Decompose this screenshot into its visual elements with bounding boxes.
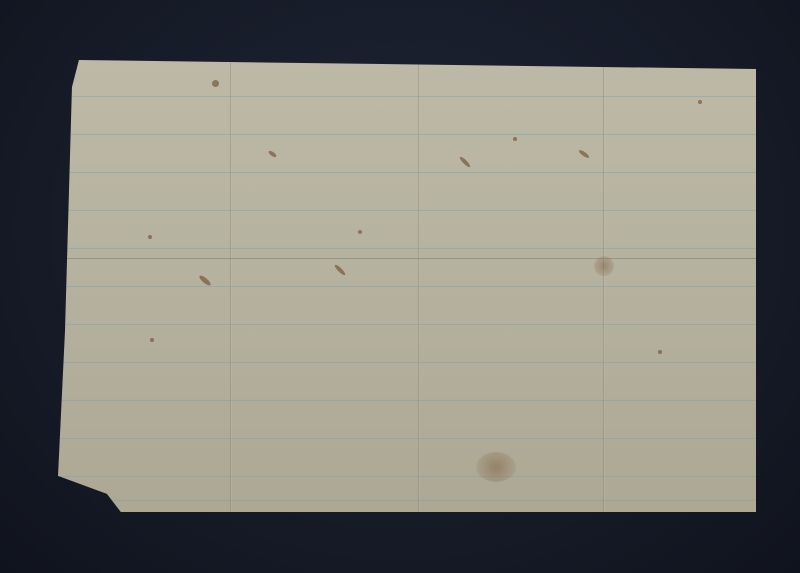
ruled-line	[58, 172, 756, 173]
foxing-spot	[578, 149, 590, 159]
horizontal-fold-crease	[58, 258, 756, 260]
ruled-line	[58, 400, 756, 401]
foxing-spot	[198, 274, 212, 287]
ruled-line	[58, 96, 756, 97]
water-stain	[476, 452, 516, 482]
vertical-fold-crease	[230, 60, 232, 512]
ruled-line	[58, 286, 756, 287]
ruled-line	[58, 210, 756, 211]
ruled-line	[58, 324, 756, 325]
foxing-spot	[658, 350, 662, 354]
foxing-spot	[148, 235, 152, 239]
foxing-spot	[334, 264, 347, 277]
foxing-spot	[513, 137, 517, 141]
ruled-line	[58, 362, 756, 363]
foxing-spot	[358, 230, 362, 234]
ruled-line	[58, 476, 756, 477]
ruled-line	[58, 134, 756, 135]
ruled-line	[58, 500, 756, 501]
ruled-line	[58, 248, 756, 249]
foxing-spot	[698, 100, 702, 104]
foxing-spot	[150, 338, 154, 342]
foxing-spot	[212, 80, 219, 87]
water-stain	[594, 256, 614, 276]
ruled-line	[58, 438, 756, 439]
ruled-paper-sheet	[58, 60, 756, 512]
vertical-fold-crease	[418, 60, 420, 512]
foxing-spot	[459, 156, 472, 169]
foxing-spot	[268, 150, 278, 158]
vertical-fold-crease	[603, 60, 605, 512]
